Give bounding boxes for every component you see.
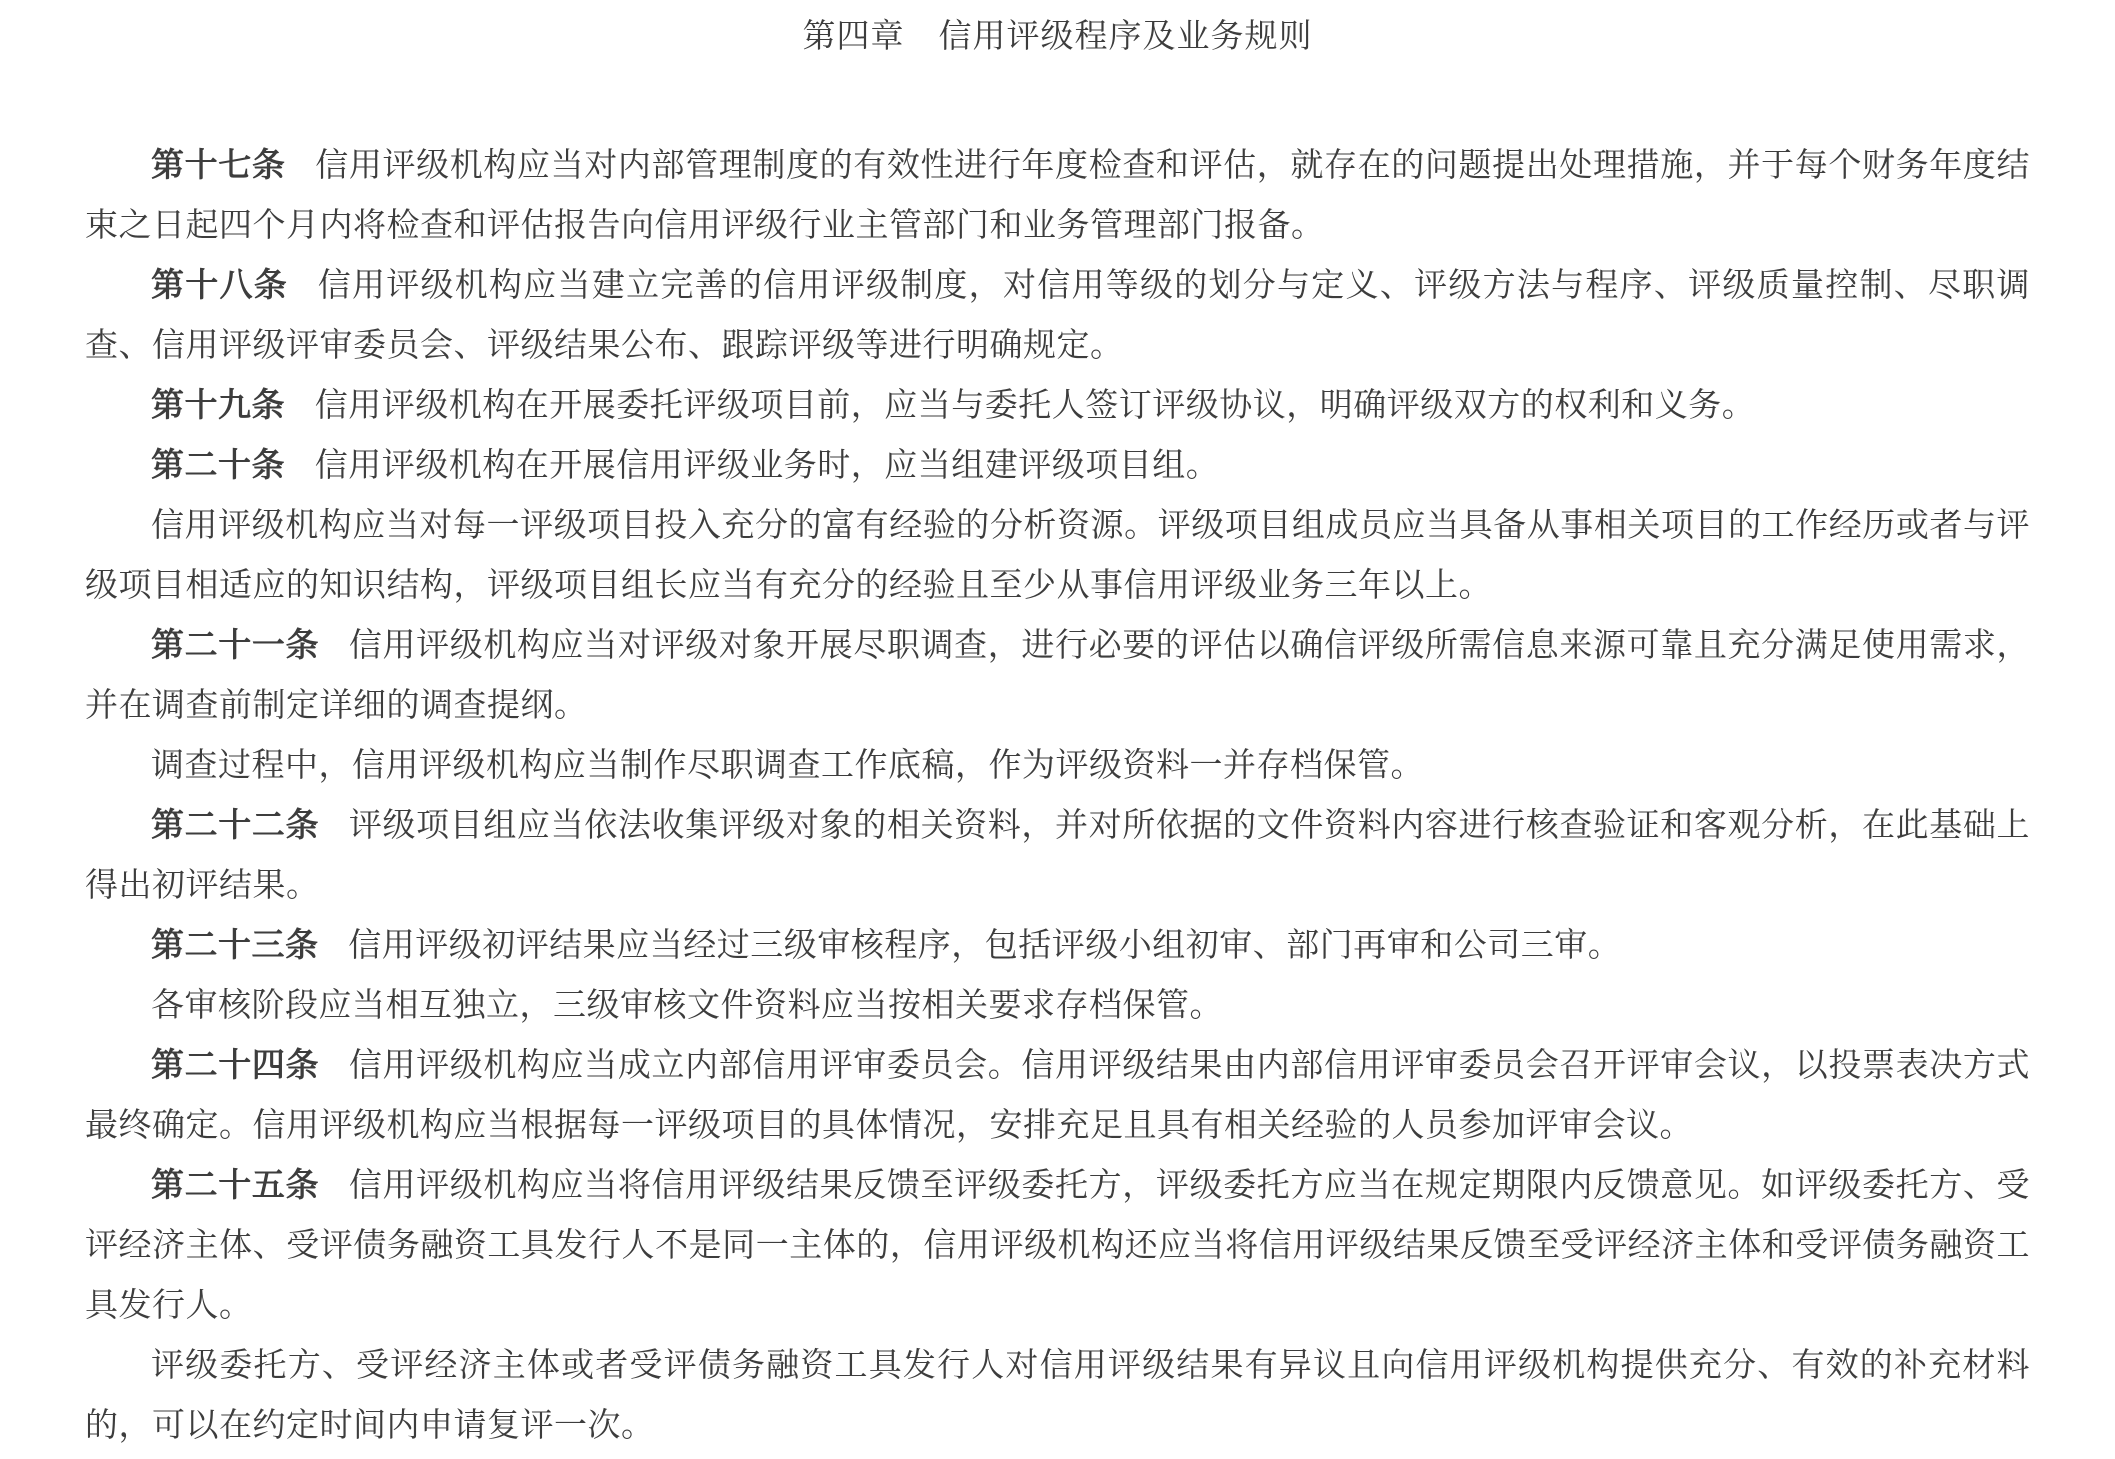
article-paragraph: 第十九条信用评级机构在开展委托评级项目前，应当与委托人签订评级协议，明确评级双方…	[85, 376, 2030, 436]
article-paragraph: 第二十五条信用评级机构应当将信用评级结果反馈至评级委托方，评级委托方应当在规定期…	[85, 1156, 2030, 1336]
body-paragraph: 信用评级机构应当对每一评级项目投入充分的富有经验的分析资源。评级项目组成员应当具…	[85, 496, 2030, 616]
paragraph-text: 各审核阶段应当相互独立，三级审核文件资料应当按相关要求存档保管。	[151, 988, 1223, 1024]
paragraph-text: 信用评级机构在开展委托评级项目前，应当与委托人签订评级协议，明确评级双方的权利和…	[315, 388, 1756, 424]
paragraph-text: 信用评级初评结果应当经过三级审核程序，包括评级小组初审、部门再审和公司三审。	[348, 928, 1621, 964]
paragraph-text: 评级项目组应当依法收集评级对象的相关资料，并对所依据的文件资料内容进行核查验证和…	[85, 808, 2030, 904]
article-paragraph: 第十八条信用评级机构应当建立完善的信用评级制度，对信用等级的划分与定义、评级方法…	[85, 256, 2030, 376]
article-paragraph: 第二十四条信用评级机构应当成立内部信用评审委员会。信用评级结果由内部信用评审委员…	[85, 1036, 2030, 1156]
article-paragraph: 第二十条信用评级机构在开展信用评级业务时，应当组建评级项目组。	[85, 436, 2030, 496]
article-number: 第二十二条	[151, 808, 319, 844]
body-paragraph: 评级委托方、受评经济主体或者受评债务融资工具发行人对信用评级结果有异议且向信用评…	[85, 1336, 2030, 1456]
paragraph-text: 信用评级机构应当将信用评级结果反馈至评级委托方，评级委托方应当在规定期限内反馈意…	[85, 1168, 2030, 1324]
article-number: 第二十一条	[151, 628, 319, 664]
article-number: 第二十条	[151, 448, 285, 484]
paragraph-text: 信用评级机构应当对每一评级项目投入充分的富有经验的分析资源。评级项目组成员应当具…	[85, 508, 2030, 604]
article-number: 第二十三条	[151, 928, 319, 964]
body-paragraph: 各审核阶段应当相互独立，三级审核文件资料应当按相关要求存档保管。	[85, 976, 2030, 1036]
article-number: 第十九条	[151, 388, 285, 424]
article-paragraph: 第二十一条信用评级机构应当对评级对象开展尽职调查，进行必要的评估以确信评级所需信…	[85, 616, 2030, 736]
article-paragraph: 第十七条信用评级机构应当对内部管理制度的有效性进行年度检查和评估，就存在的问题提…	[85, 136, 2030, 256]
article-number: 第十七条	[151, 148, 286, 184]
paragraph-text: 信用评级机构应当建立完善的信用评级制度，对信用等级的划分与定义、评级方法与程序、…	[85, 268, 2030, 364]
paragraph-text: 调查过程中，信用评级机构应当制作尽职调查工作底稿，作为评级资料一并存档保管。	[151, 748, 1424, 784]
paragraph-text: 信用评级机构应当对内部管理制度的有效性进行年度检查和评估，就存在的问题提出处理措…	[85, 148, 2030, 244]
paragraph-text: 信用评级机构应当对评级对象开展尽职调查，进行必要的评估以确信评级所需信息来源可靠…	[85, 628, 2030, 724]
article-number: 第二十五条	[151, 1168, 319, 1204]
body-paragraph: 调查过程中，信用评级机构应当制作尽职调查工作底稿，作为评级资料一并存档保管。	[85, 736, 2030, 796]
paragraph-text: 评级委托方、受评经济主体或者受评债务融资工具发行人对信用评级结果有异议且向信用评…	[85, 1348, 2030, 1444]
article-number: 第二十四条	[151, 1048, 319, 1084]
paragraph-text: 信用评级机构应当成立内部信用评审委员会。信用评级结果由内部信用评审委员会召开评审…	[85, 1048, 2030, 1144]
document-page: 第四章 信用评级程序及业务规则 第十七条信用评级机构应当对内部管理制度的有效性进…	[0, 0, 2115, 1459]
article-paragraph: 第二十三条信用评级初评结果应当经过三级审核程序，包括评级小组初审、部门再审和公司…	[85, 916, 2030, 976]
article-paragraph: 第二十二条评级项目组应当依法收集评级对象的相关资料，并对所依据的文件资料内容进行…	[85, 796, 2030, 916]
article-number: 第十八条	[151, 268, 288, 304]
chapter-title: 第四章 信用评级程序及业务规则	[85, 16, 2030, 58]
paragraph-text: 信用评级机构在开展信用评级业务时，应当组建评级项目组。	[315, 448, 1220, 484]
